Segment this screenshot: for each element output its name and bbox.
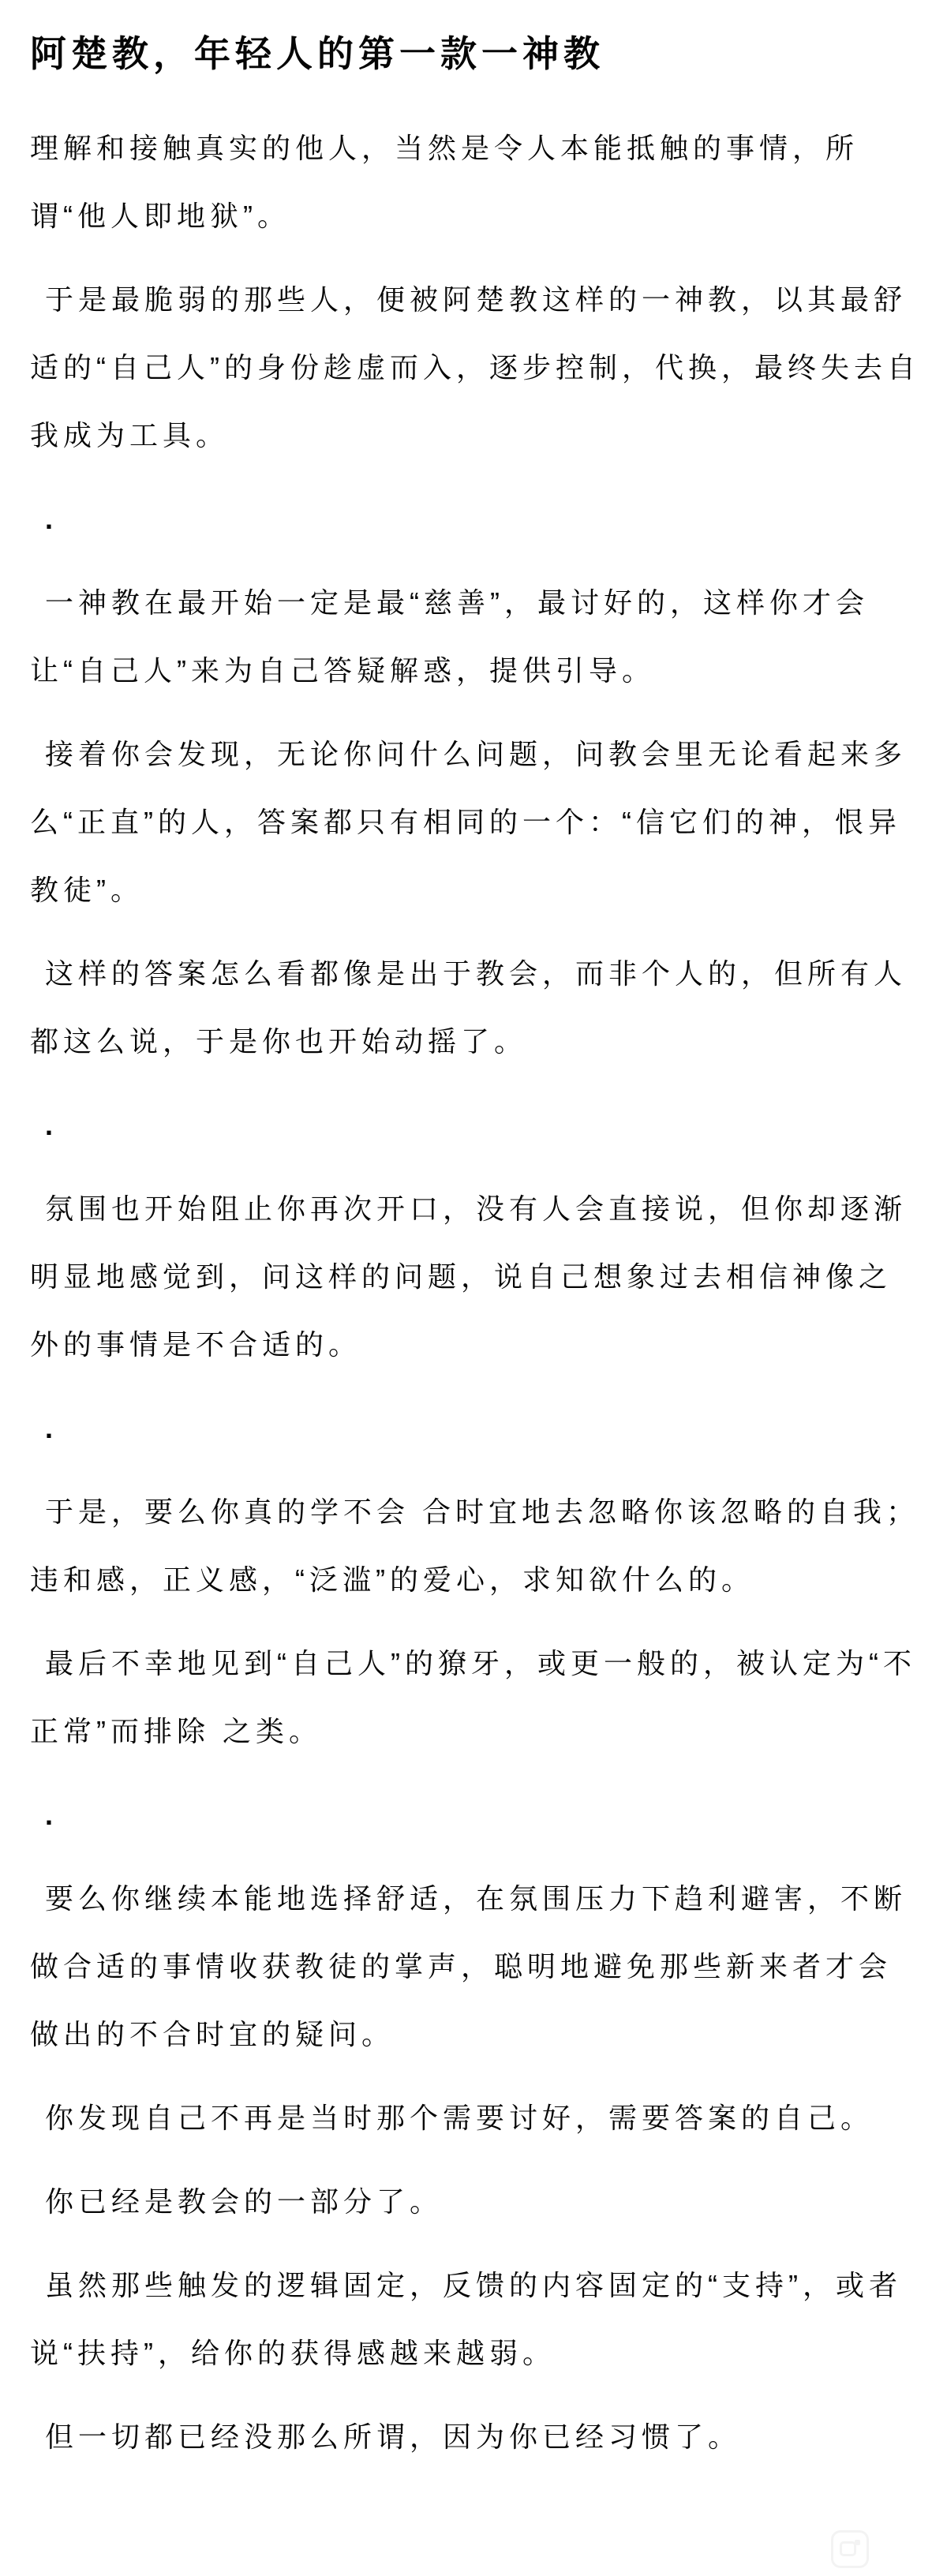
paragraph-separator-dot: . (30, 1781, 920, 1849)
paragraph: 但一切都已经没那么所谓，因为你已经习惯了。 (30, 2403, 920, 2471)
paragraph: 最后不幸地见到“自己人”的獠牙，或更一般的，被认定为“不正常”而排除 之类。 (30, 1630, 920, 1765)
article-page: 阿楚教，年轻人的第一款一神教 理解和接触真实的他人，当然是令人本能抵触的事情，所… (0, 0, 947, 2576)
paragraph: 于是，要么你真的学不会 合时宜地去忽略你该忽略的自我；违和感，正义感，“泛滥”的… (30, 1478, 920, 1614)
watermark-inner-shape (840, 2541, 856, 2556)
paragraph: 氛围也开始阻止你再次开口，没有人会直接说，但你却逐渐明显地感觉到，问这样的问题，… (30, 1175, 920, 1379)
article-body: 理解和接触真实的他人，当然是令人本能抵触的事情，所谓“他人即地狱”。于是最脆弱的… (30, 114, 920, 2471)
paragraph: 接着你会发现，无论你问什么问题，问教会里无论看起来多么“正直”的人，答案都只有相… (30, 721, 920, 924)
article-title: 阿楚教，年轻人的第一款一神教 (30, 28, 920, 79)
app-logo-watermark-icon (831, 2530, 869, 2568)
paragraph: 你发现自己不再是当时那个需要讨好，需要答案的自己。 (30, 2084, 920, 2152)
paragraph: 要么你继续本能地选择舒适，在氛围压力下趋利避害，不断做合适的事情收获教徒的掌声，… (30, 1865, 920, 2069)
paragraph: 于是最脆弱的那些人，便被阿楚教这样的一神教，以其最舒适的“自己人”的身份趁虚而入… (30, 266, 920, 470)
paragraph: 这样的答案怎么看都像是出于教会，而非个人的，但所有人都这么说，于是你也开始动摇了… (30, 940, 920, 1076)
paragraph: 你已经是教会的一部分了。 (30, 2168, 920, 2236)
watermark-dot-shape (855, 2540, 860, 2545)
paragraph-separator-dot: . (30, 1091, 920, 1159)
paragraph-separator-dot: . (30, 1395, 920, 1462)
paragraph: 一神教在最开始一定是最“慈善”，最讨好的，这样你才会让“自己人”来为自己答疑解惑… (30, 569, 920, 705)
paragraph: 虽然那些触发的逻辑固定，反馈的内容固定的“支持”，或者说“扶持”，给你的获得感越… (30, 2252, 920, 2387)
paragraph-separator-dot: . (30, 485, 920, 553)
paragraph: 理解和接触真实的他人，当然是令人本能抵触的事情，所谓“他人即地狱”。 (30, 114, 920, 250)
